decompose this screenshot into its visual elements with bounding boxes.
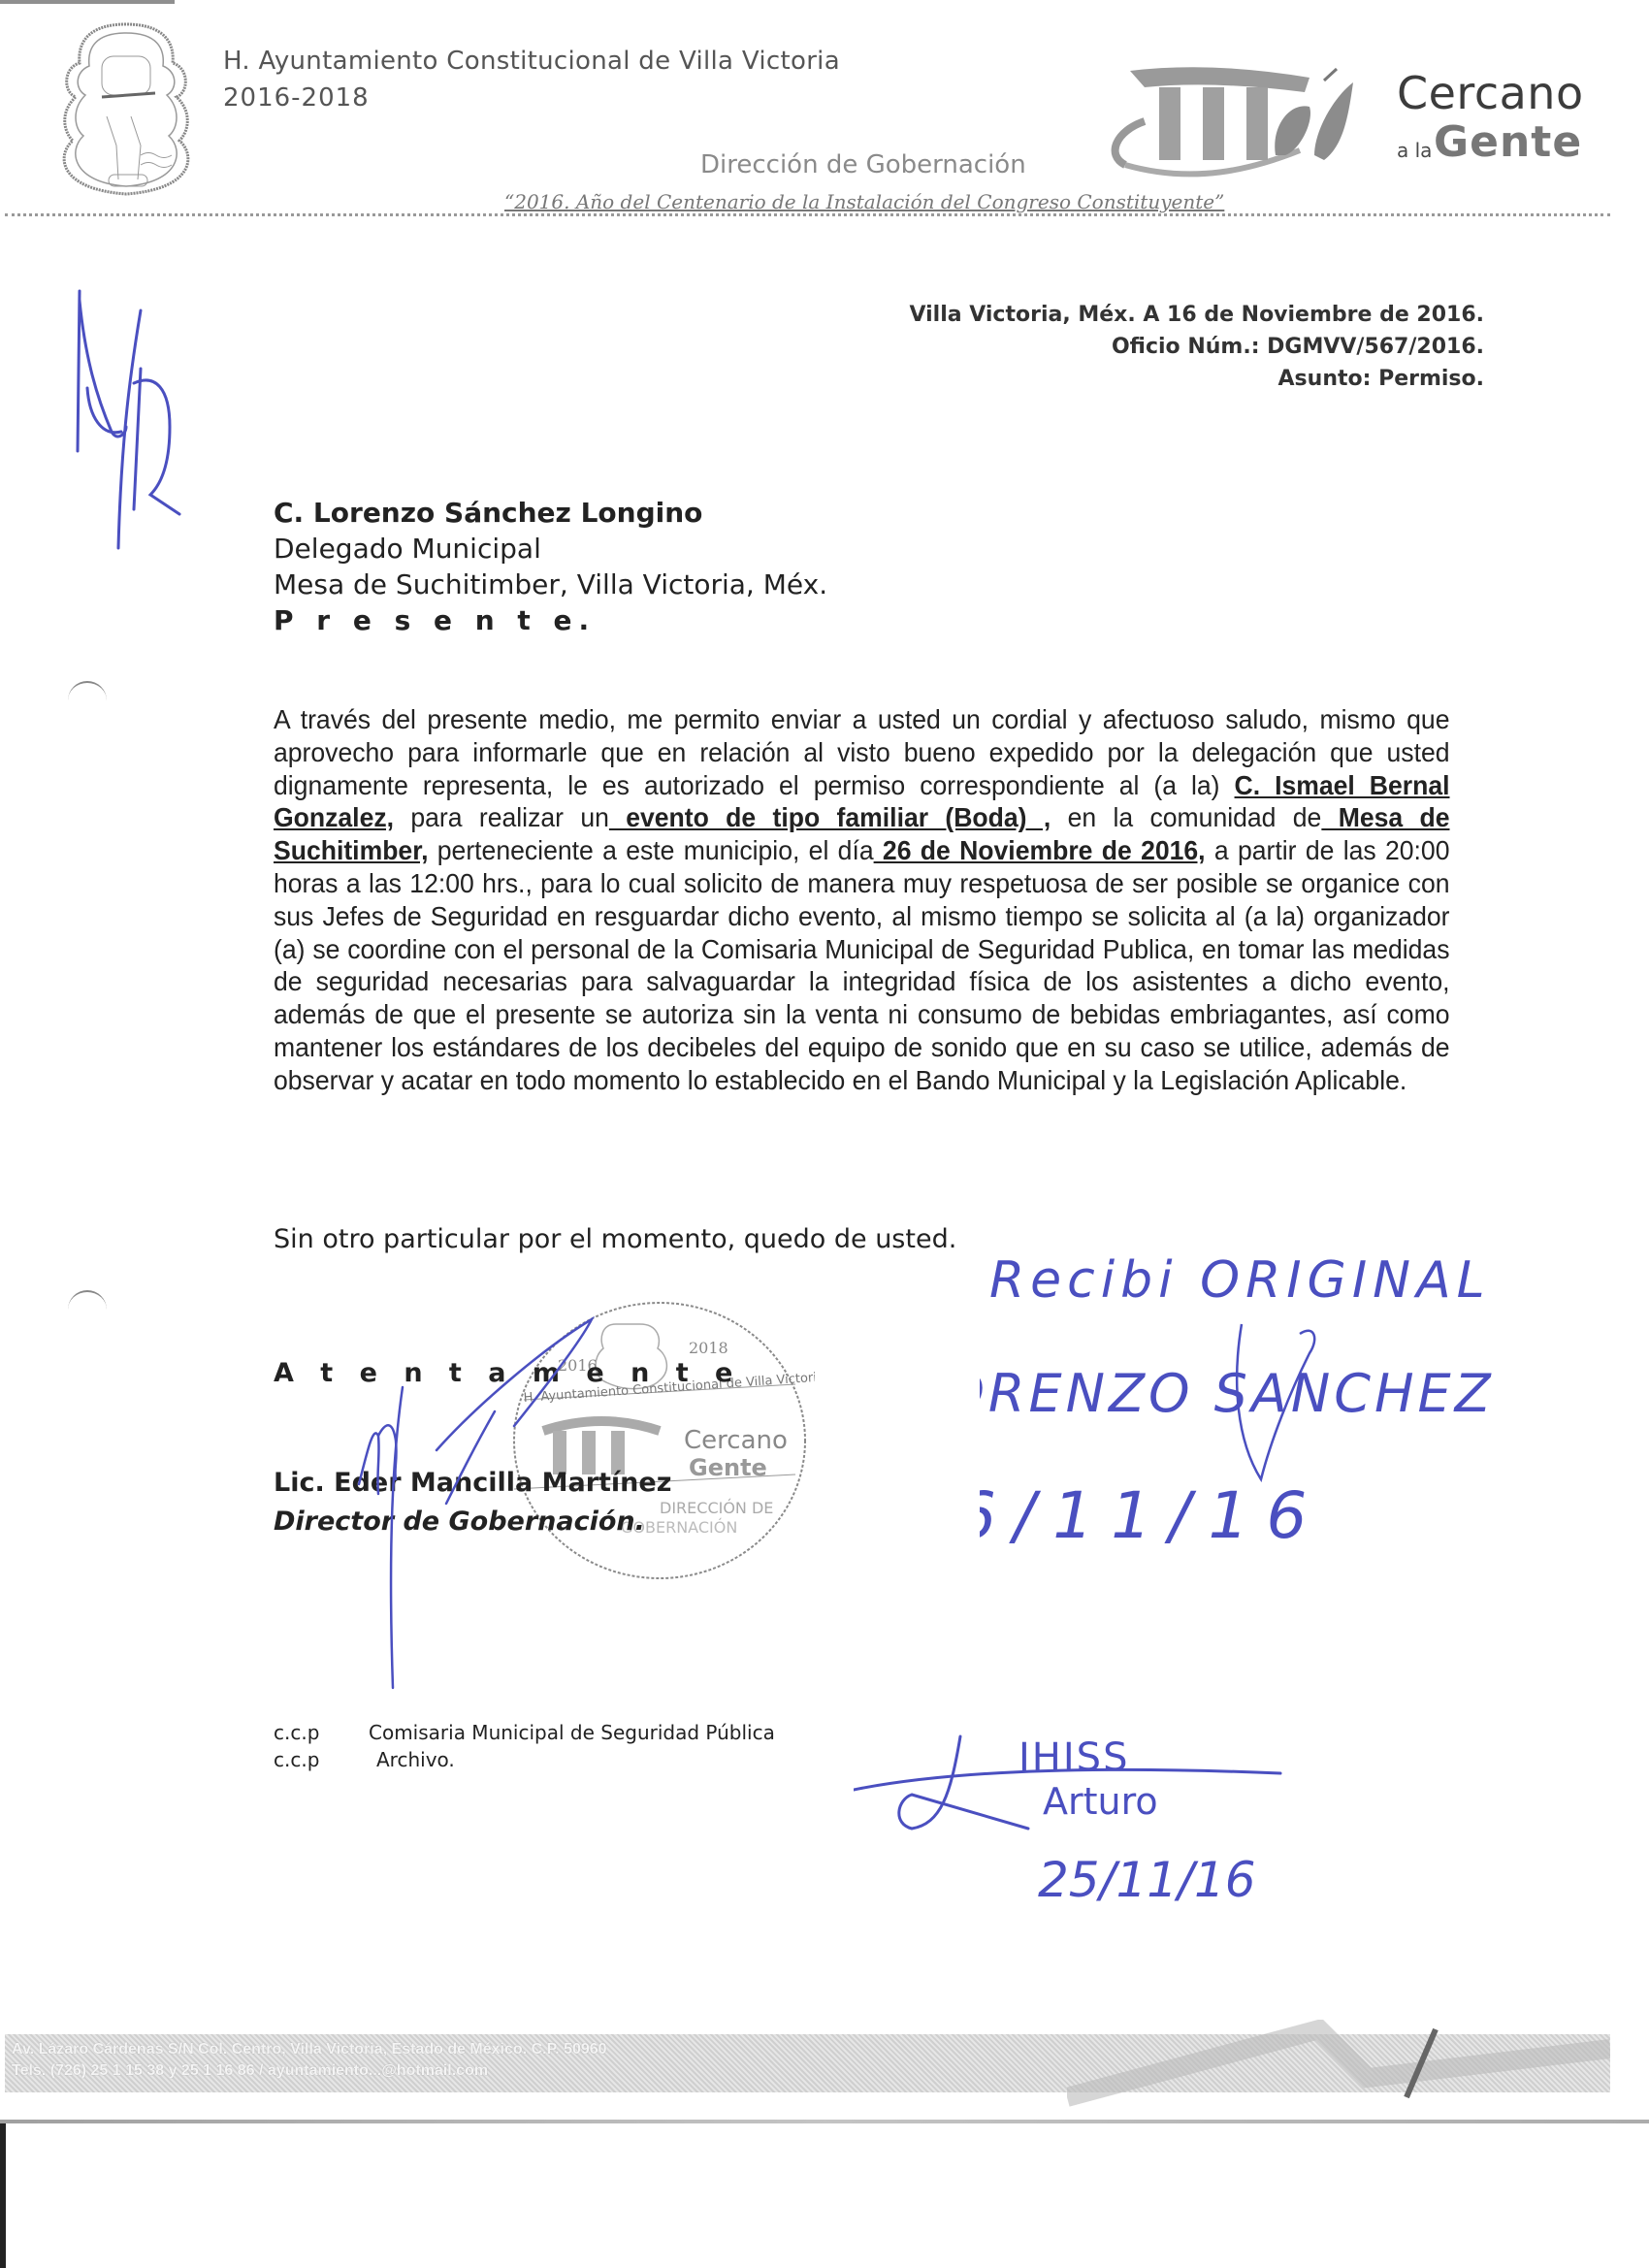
signer-name: Lic. Eder Mancilla Martínez [274, 1468, 671, 1498]
mas-logo-icon [1106, 63, 1397, 179]
oficio-number: Oficio Núm.: DGMVV/567/2016. [909, 331, 1484, 363]
atentamente-label: A t e n t a m e n t e [274, 1358, 741, 1388]
brand-gente: Gente [1434, 117, 1582, 167]
ccp-recipient: Archivo. [369, 1746, 455, 1773]
body-part: para realizar un [394, 802, 609, 832]
event-type: evento de tipo familiar (Boda) , [609, 802, 1051, 832]
scan-edge [0, 2123, 6, 2268]
svg-text:Gente: Gente [689, 1454, 767, 1481]
administration-period: 2016-2018 [223, 83, 370, 113]
punch-hole [68, 681, 107, 720]
handwriting-icon: IHISS Arturo 25/11/16 [854, 1717, 1300, 1911]
footer-phone-email: Tels. (726) 25 1 15 38 y 25 1 16 86 / ay… [12, 2060, 607, 2082]
initials-signature-icon [68, 281, 194, 553]
official-stamp-icon: 2016 2018 H. Ayuntamiento Constitucional… [485, 1295, 815, 1586]
svg-text:DIRECCIÓN DE: DIRECCIÓN DE [660, 1499, 773, 1517]
ccp-label: c.c.p [274, 1719, 369, 1746]
closing-line: Sin otro particular por el momento, qued… [274, 1224, 956, 1254]
scan-edge [0, 2120, 1649, 2123]
carbon-copy-list: c.c.p Comisaria Municipal de Seguridad P… [274, 1719, 775, 1773]
header-divider [5, 213, 1610, 216]
signer-title: Director de Gobernación. [274, 1507, 645, 1537]
department-name: Dirección de Gobernación [700, 150, 1026, 179]
punch-hole [68, 1290, 107, 1329]
ccp-item: c.c.p Archivo. [274, 1746, 775, 1773]
brand-logo: Cercano a la Gente [1106, 63, 1571, 179]
ccp-item: c.c.p Comisaria Municipal de Seguridad P… [274, 1719, 775, 1746]
second-received-annotation: IHISS Arturo 25/11/16 [854, 1717, 1300, 1911]
addressee-name: C. Lorenzo Sánchez Longino [274, 495, 827, 531]
scan-edge [0, 0, 175, 4]
addressee-block: C. Lorenzo Sánchez Longino Delegado Muni… [274, 495, 827, 638]
received-annotation: Recibi ORIGINAL LORENZO SANCHEZ 16/11/16 [980, 1247, 1523, 1576]
body-part: en la comunidad de [1051, 802, 1321, 832]
svg-text:25/11/16: 25/11/16 [1038, 1852, 1256, 1908]
svg-text:Recibi ORIGINAL: Recibi ORIGINAL [989, 1251, 1491, 1310]
municipal-crest-icon [48, 19, 204, 199]
svg-text:Arturo: Arturo [1043, 1780, 1158, 1823]
body-part: a partir de las 20:00 horas a las 12:00 … [274, 835, 1450, 1095]
footer-address: Av. Lázaro Cárdenas S/N Col. Centro, Vil… [12, 2039, 607, 2060]
salutation: P r e s e n t e. [274, 602, 827, 638]
reference-block: Villa Victoria, Méx. A 16 de Noviembre d… [909, 299, 1484, 395]
addressee-position: Delegado Municipal [274, 531, 827, 567]
year-motto: “2016. Año del Centenario de la Instalac… [504, 190, 1224, 213]
svg-text:Cercano: Cercano [684, 1426, 788, 1455]
brand-cercano: Cercano [1397, 67, 1584, 119]
footer-contact: Av. Lázaro Cárdenas S/N Col. Centro, Vil… [12, 2039, 607, 2082]
letter-body: A través del presente medio, me permito … [274, 703, 1450, 1097]
event-date: 26 de Noviembre de 2016, [874, 835, 1206, 865]
ccp-recipient: Comisaria Municipal de Seguridad Pública [369, 1719, 775, 1746]
svg-text:IHISS: IHISS [1018, 1735, 1129, 1780]
svg-text:LORENZO SANCHEZ: LORENZO SANCHEZ [980, 1363, 1495, 1424]
body-part: perteneciente a este municipio, el día [428, 835, 873, 865]
subject: Asunto: Permiso. [909, 363, 1484, 395]
svg-text:16/11/16: 16/11/16 [980, 1478, 1324, 1553]
addressee-location: Mesa de Suchitimber, Villa Victoria, Méx… [274, 567, 827, 602]
organization-name: H. Ayuntamiento Constitucional de Villa … [223, 47, 840, 76]
place-date: Villa Victoria, Méx. A 16 de Noviembre d… [909, 299, 1484, 331]
ccp-label: c.c.p [274, 1746, 369, 1773]
handwriting-icon: Recibi ORIGINAL LORENZO SANCHEZ 16/11/16 [980, 1247, 1523, 1576]
svg-text:2018: 2018 [689, 1339, 728, 1357]
brand-a-la: a la [1397, 139, 1432, 162]
